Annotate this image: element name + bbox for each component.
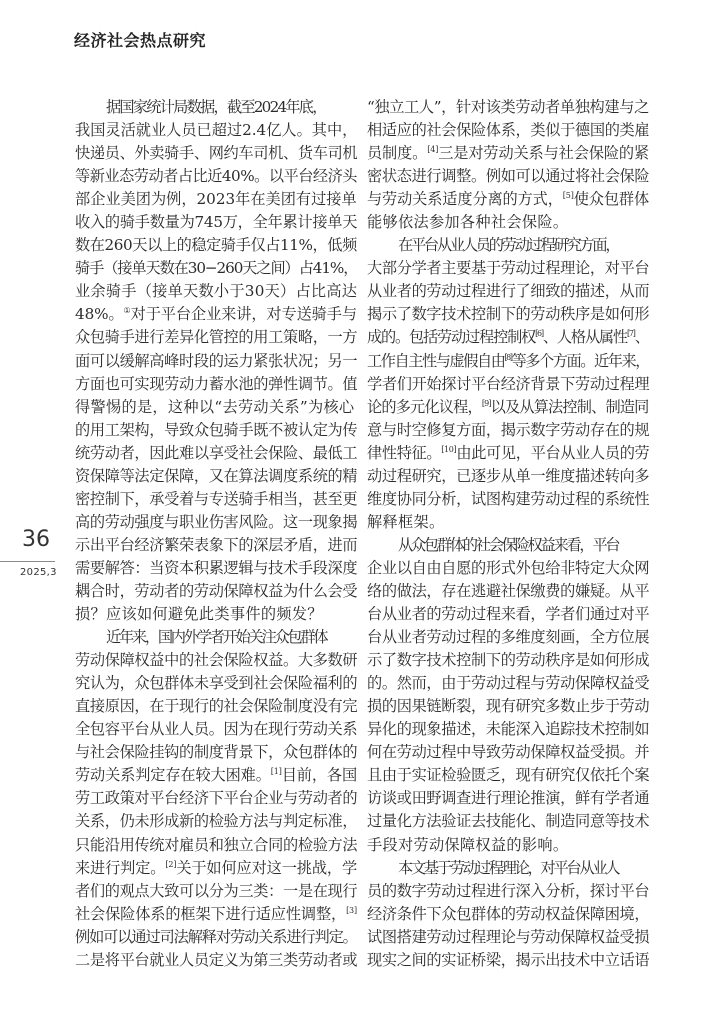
text-line: 究认为，众包群体未享受到社会保险福利的 bbox=[75, 672, 357, 695]
citation-ref: [5] bbox=[563, 191, 574, 200]
line-text: 台从业者的劳动过程来看，学者们通过对平 bbox=[367, 605, 649, 623]
issue-date: 2025,3 bbox=[20, 567, 57, 578]
text-line: 业余骑手（接单天数小于30天）占比高达 bbox=[75, 280, 357, 303]
text-line: 企业以自由自愿的形式外包给非特定大众网 bbox=[367, 557, 649, 580]
line-text-continued: 由此可见，平台从业人员的劳 bbox=[456, 444, 649, 462]
citation-ref: [8] bbox=[504, 352, 511, 361]
line-text: 社会保险体系的框架下进行适应性调整， bbox=[75, 905, 346, 923]
line-text: 成的。包括劳动过程控制权 bbox=[367, 328, 535, 346]
line-text: 收入的骑手数量为745万，全年累计接单天 bbox=[75, 213, 357, 231]
text-line: 从众包群体的社会保险权益来看，平台 bbox=[367, 534, 649, 557]
line-text: 与劳动关系适度分离的方式， bbox=[367, 190, 563, 208]
text-line: 劳动关系判定存在较大困难。[1]目前，各国 bbox=[75, 764, 357, 787]
line-text: 本文基于劳动过程理论，对平台从业人 bbox=[398, 859, 618, 877]
text-line: 能够依法参加各种社会保险。 bbox=[367, 211, 649, 234]
line-text: 劳工政策对平台经济下平台企业与劳动者的 bbox=[75, 789, 357, 807]
text-line: 密控制下，承受着与专送骑手相当，甚至更 bbox=[75, 488, 357, 511]
text-line: 律性特征。[10]由此可见，平台从业人员的劳 bbox=[367, 442, 649, 465]
text-line: 数在260天以上的稳定骑手仅占11%，低频 bbox=[75, 234, 357, 257]
line-text: 方面也可实现劳动力蓄水池的弹性调节。值 bbox=[75, 375, 357, 393]
line-text-continued: 、人格从属性 bbox=[543, 328, 627, 346]
line-text: 例如可以通过司法解释对劳动关系进行判定。 bbox=[75, 928, 357, 946]
text-line: 的用工架构，导致众包骑手既不被认定为传 bbox=[75, 419, 357, 442]
text-line: 相适应的社会保险体系，类似于德国的类雇 bbox=[367, 119, 649, 142]
citation-ref: [3] bbox=[346, 906, 357, 915]
text-line: 全包容平台从业人员。因为在现行劳动关系 bbox=[75, 718, 357, 741]
line-text: 现实之间的实证桥梁，揭示出技术中立话语 bbox=[367, 951, 649, 969]
line-text-continued: 对于平台企业来讲，对专送骑手与 bbox=[131, 305, 357, 323]
text-line: 关系，仍未形成新的检验方法与判定标准， bbox=[75, 810, 357, 833]
text-line: 成的。包括劳动过程控制权[6]、人格从属性[7]、 bbox=[367, 326, 649, 349]
line-text-continued: 、 bbox=[635, 328, 649, 346]
line-text: 律性特征。 bbox=[367, 444, 441, 462]
citation-ref: [7] bbox=[627, 329, 635, 338]
line-text: 只能沿用传统对雇员和独立合同的检验方法 bbox=[75, 836, 357, 854]
section-title: 经济社会热点研究 bbox=[74, 28, 206, 51]
line-text-continued: 以及从算法控制、制造同 bbox=[491, 398, 649, 416]
line-text: 经济条件下众包群体的劳动权益保障困境， bbox=[367, 905, 649, 923]
text-line: 员的数字劳动过程进行深入分析，探讨平台 bbox=[367, 880, 649, 903]
line-text: 且由于实证检验匮乏，现有研究仅依托个案 bbox=[367, 766, 649, 784]
line-text: 损？应该如何避免此类事件的频发？ bbox=[75, 605, 323, 623]
text-line: 手段对劳动保障权益的影响。 bbox=[367, 834, 649, 857]
line-text: 资保障等法定保障，又在算法调度系统的精 bbox=[75, 467, 357, 485]
citation-ref: [2] bbox=[165, 859, 176, 868]
text-line: 部企业美团为例，2023年在美团有过接单 bbox=[75, 188, 357, 211]
text-line: 解释框架。 bbox=[367, 511, 649, 534]
line-text: 高的劳动强度与职业伤害风险。这一现象揭 bbox=[75, 513, 357, 531]
line-text: 从众包群体的社会保险权益来看，平台 bbox=[398, 536, 618, 554]
text-line: 示出平台经济繁荣表象下的深层矛盾，进而 bbox=[75, 534, 357, 557]
line-text: 学者们开始探讨平台经济背景下劳动过程理 bbox=[367, 375, 649, 393]
page-number: 36 bbox=[22, 527, 50, 552]
text-line: 与劳动关系适度分离的方式，[5]使众包群体 bbox=[367, 188, 649, 211]
text-line: 现实之间的实证桥梁，揭示出技术中立话语 bbox=[367, 949, 649, 972]
line-text: 究认为，众包群体未享受到社会保险福利的 bbox=[75, 674, 357, 692]
text-line: 统劳动者，因此难以享受社会保险、最低工 bbox=[75, 442, 357, 465]
text-line: 密状态进行调整。例如可以通过将社会保险 bbox=[367, 165, 649, 188]
left-text-column: 据国家统计局数据，截至2024年底，我国灵活就业人员已超过2.4亿人。其中，快递… bbox=[75, 96, 357, 972]
text-line: 直接原因，在于现行的社会保险制度没有完 bbox=[75, 695, 357, 718]
line-text: 员的数字劳动过程进行深入分析，探讨平台 bbox=[367, 882, 649, 900]
text-line: 劳动保障权益中的社会保险权益。大多数研 bbox=[75, 649, 357, 672]
line-text: 维度协同分析，试图构建劳动过程的系统性 bbox=[367, 490, 649, 508]
line-text: 手段对劳动保障权益的影响。 bbox=[367, 836, 568, 854]
citation-ref: [4] bbox=[427, 145, 438, 154]
text-line: 本文基于劳动过程理论，对平台从业人 bbox=[367, 857, 649, 880]
line-text: 快递员、外卖骑手、网约车司机、货车司机 bbox=[75, 144, 357, 162]
line-text: 全包容平台从业人员。因为在现行劳动关系 bbox=[75, 720, 357, 738]
text-line: 等新业态劳动者占比近40%。以平台经济头 bbox=[75, 165, 357, 188]
line-text: 工作自主性与虚假自由 bbox=[367, 352, 504, 370]
text-line: 得警惕的是，这种以“去劳动关系”为核心 bbox=[75, 396, 357, 419]
line-text: 统劳动者，因此难以享受社会保险、最低工 bbox=[75, 444, 357, 462]
text-line: 的。然而，由于劳动过程与劳动保障权益受 bbox=[367, 672, 649, 695]
text-line: 与社会保险挂钩的制度背景下，众包群体的 bbox=[75, 741, 357, 764]
line-text: 访谈或田野调查进行理论推演，鲜有学者通 bbox=[367, 789, 649, 807]
text-line: 且由于实证检验匮乏，现有研究仅依托个案 bbox=[367, 764, 649, 787]
text-line: 近年来，国内外学者开始关注众包群体 bbox=[75, 626, 357, 649]
line-text: 数在260天以上的稳定骑手仅占11%，低频 bbox=[75, 236, 357, 254]
line-text: 近年来，国内外学者开始关注众包群体 bbox=[106, 628, 326, 646]
text-line: 试图搭建劳动过程理论与劳动保障权益受损 bbox=[367, 926, 649, 949]
citation-ref: ① bbox=[124, 306, 131, 315]
line-text: “独立工人”，针对该类劳动者单独构建与之 bbox=[367, 98, 649, 116]
text-line: 据国家统计局数据，截至2024年底， bbox=[75, 96, 357, 119]
line-text: 骑手（接单天数在30−260天之间）占41%， bbox=[75, 259, 357, 277]
text-line: 众包骑手进行差异化管控的用工策略，一方 bbox=[75, 326, 357, 349]
text-line: 从业者的劳动过程进行了细致的描述，从而 bbox=[367, 280, 649, 303]
line-text: 员制度。 bbox=[367, 144, 427, 162]
line-text: 揭示了数字技术控制下的劳动秩序是如何形 bbox=[367, 305, 649, 323]
line-text: 企业以自由自愿的形式外包给非特定大众网 bbox=[367, 559, 649, 577]
text-line: 资保障等法定保障，又在算法调度系统的精 bbox=[75, 465, 357, 488]
line-text: 我国灵活就业人员已超过2.4亿人。其中， bbox=[75, 121, 357, 139]
line-text: 从业者的劳动过程进行了细致的描述，从而 bbox=[367, 282, 649, 300]
text-line: 工作自主性与虚假自由[8]等多个方面。近年来， bbox=[367, 350, 649, 373]
line-text: 过量化方法验证去技能化、制造同意等技术 bbox=[367, 812, 649, 830]
line-text: 关系，仍未形成新的检验方法与判定标准， bbox=[75, 812, 357, 830]
text-line: 只能沿用传统对雇员和独立合同的检验方法 bbox=[75, 834, 357, 857]
text-line: 意与时空修复方面，揭示数字劳动存在的规 bbox=[367, 419, 649, 442]
citation-ref: [9] bbox=[482, 399, 491, 408]
text-line: 例如可以通过司法解释对劳动关系进行判定。 bbox=[75, 926, 357, 949]
text-line: 快递员、外卖骑手、网约车司机、货车司机 bbox=[75, 142, 357, 165]
line-text: 能够依法参加各种社会保险。 bbox=[367, 213, 568, 231]
line-text: 需要解答：当资本积累逻辑与技术手段深度 bbox=[75, 559, 357, 577]
text-line: 收入的骑手数量为745万，全年累计接单天 bbox=[75, 211, 357, 234]
line-text: 相适应的社会保险体系，类似于德国的类雇 bbox=[367, 121, 649, 139]
text-line: 示了数字技术控制下的劳动秩序是如何形成 bbox=[367, 649, 649, 672]
text-line: 员制度。[4]三是对劳动关系与社会保险的紧 bbox=[367, 142, 649, 165]
line-text: 络的做法，存在逃避社保缴费的嫌疑。从平 bbox=[367, 582, 649, 600]
text-line: 络的做法，存在逃避社保缴费的嫌疑。从平 bbox=[367, 580, 649, 603]
text-line: 社会保险体系的框架下进行适应性调整，[3] bbox=[75, 903, 357, 926]
line-text: 面可以缓解高峰时段的运力紧张状况；另一 bbox=[75, 352, 357, 370]
line-text: 劳动保障权益中的社会保险权益。大多数研 bbox=[75, 651, 357, 669]
line-text: 论的多元化议程， bbox=[367, 398, 482, 416]
line-text: 部企业美团为例，2023年在美团有过接单 bbox=[75, 190, 357, 208]
line-text: 耦合时，劳动者的劳动保障权益为什么会受 bbox=[75, 582, 357, 600]
text-line: “独立工人”，针对该类劳动者单独构建与之 bbox=[367, 96, 649, 119]
line-text: 动过程研究，已逐步从单一维度描述转向多 bbox=[367, 467, 649, 485]
right-text-column: “独立工人”，针对该类劳动者单独构建与之相适应的社会保险体系，类似于德国的类雇员… bbox=[367, 96, 649, 972]
text-line: 损？应该如何避免此类事件的频发？ bbox=[75, 603, 357, 626]
line-text: 来进行判定。 bbox=[75, 859, 165, 877]
line-text: 等新业态劳动者占比近40%。以平台经济头 bbox=[75, 167, 357, 185]
text-line: 访谈或田野调查进行理论推演，鲜有学者通 bbox=[367, 787, 649, 810]
text-line: 台从业者劳动过程的多维度刻画，全方位展 bbox=[367, 626, 649, 649]
text-line: 台从业者的劳动过程来看，学者们通过对平 bbox=[367, 603, 649, 626]
line-text: 何在劳动过程中导致劳动保障权益受损。并 bbox=[367, 743, 649, 761]
line-text: 损的因果链断裂，现有研究多数止步于劳动 bbox=[367, 697, 649, 715]
line-text: 二是将平台就业人员定义为第三类劳动者或 bbox=[75, 951, 357, 969]
line-text: 直接原因，在于现行的社会保险制度没有完 bbox=[75, 697, 357, 715]
citation-ref: [1] bbox=[271, 767, 282, 776]
text-line: 维度协同分析，试图构建劳动过程的系统性 bbox=[367, 488, 649, 511]
line-text-continued: 使众包群体 bbox=[574, 190, 649, 208]
text-line: 我国灵活就业人员已超过2.4亿人。其中， bbox=[75, 119, 357, 142]
page-number-divider bbox=[0, 561, 55, 562]
text-line: 揭示了数字技术控制下的劳动秩序是如何形 bbox=[367, 303, 649, 326]
citation-ref: [6] bbox=[535, 329, 543, 338]
line-text: 示了数字技术控制下的劳动秩序是如何形成 bbox=[367, 651, 649, 669]
text-line: 需要解答：当资本积累逻辑与技术手段深度 bbox=[75, 557, 357, 580]
text-line: 面可以缓解高峰时段的运力紧张状况；另一 bbox=[75, 350, 357, 373]
line-text-continued: 三是对劳动关系与社会保险的紧 bbox=[438, 144, 649, 162]
text-line: 高的劳动强度与职业伤害风险。这一现象揭 bbox=[75, 511, 357, 534]
text-line: 二是将平台就业人员定义为第三类劳动者或 bbox=[75, 949, 357, 972]
text-line: 方面也可实现劳动力蓄水池的弹性调节。值 bbox=[75, 373, 357, 396]
line-text: 在平台从业人员的劳动过程研究方面， bbox=[398, 236, 618, 254]
line-text-continued: 等多个方面。近年来， bbox=[512, 352, 649, 370]
line-text: 意与时空修复方面，揭示数字劳动存在的规 bbox=[367, 421, 649, 439]
text-line: 过量化方法验证去技能化、制造同意等技术 bbox=[367, 810, 649, 833]
line-text: 密控制下，承受着与专送骑手相当，甚至更 bbox=[75, 490, 357, 508]
citation-ref: [10] bbox=[441, 445, 456, 454]
text-line: 骑手（接单天数在30−260天之间）占41%， bbox=[75, 257, 357, 280]
text-line: 大部分学者主要基于劳动过程理论，对平台 bbox=[367, 257, 649, 280]
text-line: 劳工政策对平台经济下平台企业与劳动者的 bbox=[75, 787, 357, 810]
line-text: 的用工架构，导致众包骑手既不被认定为传 bbox=[75, 421, 357, 439]
text-line: 48%。①对于平台企业来讲，对专送骑手与 bbox=[75, 303, 357, 326]
line-text: 台从业者劳动过程的多维度刻画，全方位展 bbox=[367, 628, 649, 646]
line-text: 据国家统计局数据，截至2024年底， bbox=[106, 98, 326, 116]
text-line: 在平台从业人员的劳动过程研究方面， bbox=[367, 234, 649, 257]
line-text: 试图搭建劳动过程理论与劳动保障权益受损 bbox=[367, 928, 649, 946]
line-text: 48%。 bbox=[75, 305, 124, 323]
line-text: 解释框架。 bbox=[367, 513, 444, 531]
text-line: 何在劳动过程中导致劳动保障权益受损。并 bbox=[367, 741, 649, 764]
line-text: 业余骑手（接单天数小于30天）占比高达 bbox=[75, 282, 357, 300]
line-text: 得警惕的是，这种以“去劳动关系”为核心 bbox=[75, 398, 354, 416]
text-line: 学者们开始探讨平台经济背景下劳动过程理 bbox=[367, 373, 649, 396]
text-line: 者们的观点大致可以分为三类：一是在现行 bbox=[75, 880, 357, 903]
line-text: 示出平台经济繁荣表象下的深层矛盾，进而 bbox=[75, 536, 357, 554]
text-line: 来进行判定。[2]关于如何应对这一挑战，学 bbox=[75, 857, 357, 880]
text-line: 损的因果链断裂，现有研究多数止步于劳动 bbox=[367, 695, 649, 718]
line-text: 劳动关系判定存在较大困难。 bbox=[75, 766, 271, 784]
line-text: 的。然而，由于劳动过程与劳动保障权益受 bbox=[367, 674, 649, 692]
line-text: 密状态进行调整。例如可以通过将社会保险 bbox=[367, 167, 649, 185]
text-line: 异化的现象描述，未能深入追踪技术控制如 bbox=[367, 718, 649, 741]
line-text: 者们的观点大致可以分为三类：一是在现行 bbox=[75, 882, 357, 900]
line-text: 众包骑手进行差异化管控的用工策略，一方 bbox=[75, 328, 357, 346]
line-text-continued: 目前，各国 bbox=[282, 766, 357, 784]
text-line: 论的多元化议程，[9]以及从算法控制、制造同 bbox=[367, 396, 649, 419]
line-text-continued: 关于如何应对这一挑战，学 bbox=[176, 859, 357, 877]
text-line: 经济条件下众包群体的劳动权益保障困境， bbox=[367, 903, 649, 926]
line-text: 大部分学者主要基于劳动过程理论，对平台 bbox=[367, 259, 649, 277]
text-line: 耦合时，劳动者的劳动保障权益为什么会受 bbox=[75, 580, 357, 603]
line-text: 与社会保险挂钩的制度背景下，众包群体的 bbox=[75, 743, 357, 761]
line-text: 异化的现象描述，未能深入追踪技术控制如 bbox=[367, 720, 649, 738]
text-line: 动过程研究，已逐步从单一维度描述转向多 bbox=[367, 465, 649, 488]
